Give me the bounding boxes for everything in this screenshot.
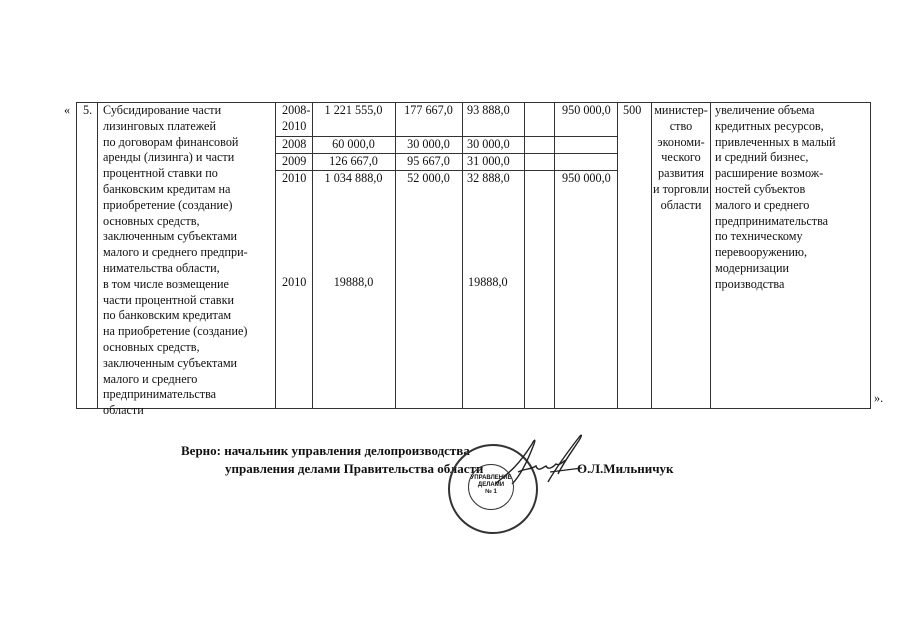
result-line: увеличение объема <box>715 103 836 119</box>
result-line: кредитных ресурсов, <box>715 119 836 135</box>
year-cell: 2008- <box>282 103 310 119</box>
description-line: малого и среднего <box>103 372 248 388</box>
other-cell: 950 000,0 <box>562 103 611 119</box>
description-line: заключенным субъектами <box>103 229 248 245</box>
signer-name: О.Л.Мильничук <box>577 461 674 477</box>
result-line: расширение возмож- <box>715 166 836 182</box>
description-line: аренды (лизинга) и части <box>103 150 248 166</box>
year-cell: 2009 <box>282 154 306 170</box>
subitem-total-cell: 19888,0 <box>312 275 395 291</box>
open-quote: « <box>64 103 70 119</box>
row-number: 5. <box>83 103 92 119</box>
federal-cell: 52 000,0 <box>395 171 462 187</box>
col-border <box>524 102 525 409</box>
description-line: по банковским кредитам <box>103 308 248 324</box>
federal-cell: 177 667,0 <box>395 103 462 119</box>
executor-line: министер- <box>651 103 711 119</box>
regional-cell: 31 000,0 <box>467 154 510 170</box>
certification-line-1: Верно: начальник управления делопроизвод… <box>181 443 470 459</box>
regional-cell: 32 888,0 <box>467 171 510 187</box>
code-cell: 500 <box>623 103 641 119</box>
federal-cell: 30 000,0 <box>395 137 462 153</box>
col-border <box>870 102 871 409</box>
result-line: перевооружению, <box>715 245 836 261</box>
other-cell: 950 000,0 <box>562 171 611 187</box>
col-border <box>462 102 463 409</box>
subitem-regional-cell: 19888,0 <box>468 275 508 291</box>
result-line: малого и среднего <box>715 198 836 214</box>
subitem-year-cell: 2010 <box>282 275 306 291</box>
signature-icon <box>490 432 590 502</box>
federal-cell: 95 667,0 <box>395 154 462 170</box>
col-border <box>554 102 555 409</box>
regional-cell: 30 000,0 <box>467 137 510 153</box>
executor-cell: министер- ство экономи- ческого развития… <box>651 103 711 214</box>
description-line: предпринимательства <box>103 387 248 403</box>
result-line: предпринимательства <box>715 214 836 230</box>
description-line: Субсидирование части <box>103 103 248 119</box>
description-line: в том числе возмещение <box>103 277 248 293</box>
result-line: и средний бизнес, <box>715 150 836 166</box>
result-line: привлеченных в малый <box>715 135 836 151</box>
total-cell: 126 667,0 <box>312 154 395 170</box>
total-cell: 60 000,0 <box>312 137 395 153</box>
executor-line: ство <box>651 119 711 135</box>
year-cell: 2008 <box>282 137 306 153</box>
description-line: по договорам финансовой <box>103 135 248 151</box>
description-cell: Субсидирование части лизинговых платежей… <box>103 103 248 419</box>
certification-line-2: управления делами Правительства области <box>225 461 483 477</box>
total-cell: 1 221 555,0 <box>312 103 395 119</box>
description-line: на приобретение (создание) <box>103 324 248 340</box>
col-border <box>97 102 98 409</box>
description-line: нимательства области, <box>103 261 248 277</box>
description-line: основных средств, <box>103 214 248 230</box>
col-border <box>617 102 618 409</box>
regional-cell: 93 888,0 <box>467 103 510 119</box>
description-line: малого и среднего предпри- <box>103 245 248 261</box>
description-line: заключенным субъектами <box>103 356 248 372</box>
executor-line: и торговли <box>651 182 711 198</box>
result-line: ностей субъектов <box>715 182 836 198</box>
executor-line: области <box>651 198 711 214</box>
executor-line: экономи- <box>651 135 711 151</box>
description-line: банковским кредитам на <box>103 182 248 198</box>
description-line: приобретение (создание) <box>103 198 248 214</box>
col-border <box>275 102 276 409</box>
executor-line: развития <box>651 166 711 182</box>
description-line: области <box>103 403 248 419</box>
description-line: части процентной ставки <box>103 293 248 309</box>
close-quote: ». <box>874 391 883 407</box>
description-line: основных средств, <box>103 340 248 356</box>
year-cell: 2010 <box>282 119 306 135</box>
result-cell: увеличение объема кредитных ресурсов, пр… <box>715 103 836 293</box>
col-border <box>76 102 77 409</box>
result-line: модернизации <box>715 261 836 277</box>
result-line: по техническому <box>715 229 836 245</box>
executor-line: ческого <box>651 150 711 166</box>
total-cell: 1 034 888,0 <box>312 171 395 187</box>
description-line: процентной ставки по <box>103 166 248 182</box>
year-cell: 2010 <box>282 171 306 187</box>
description-line: лизинговых платежей <box>103 119 248 135</box>
result-line: производства <box>715 277 836 293</box>
